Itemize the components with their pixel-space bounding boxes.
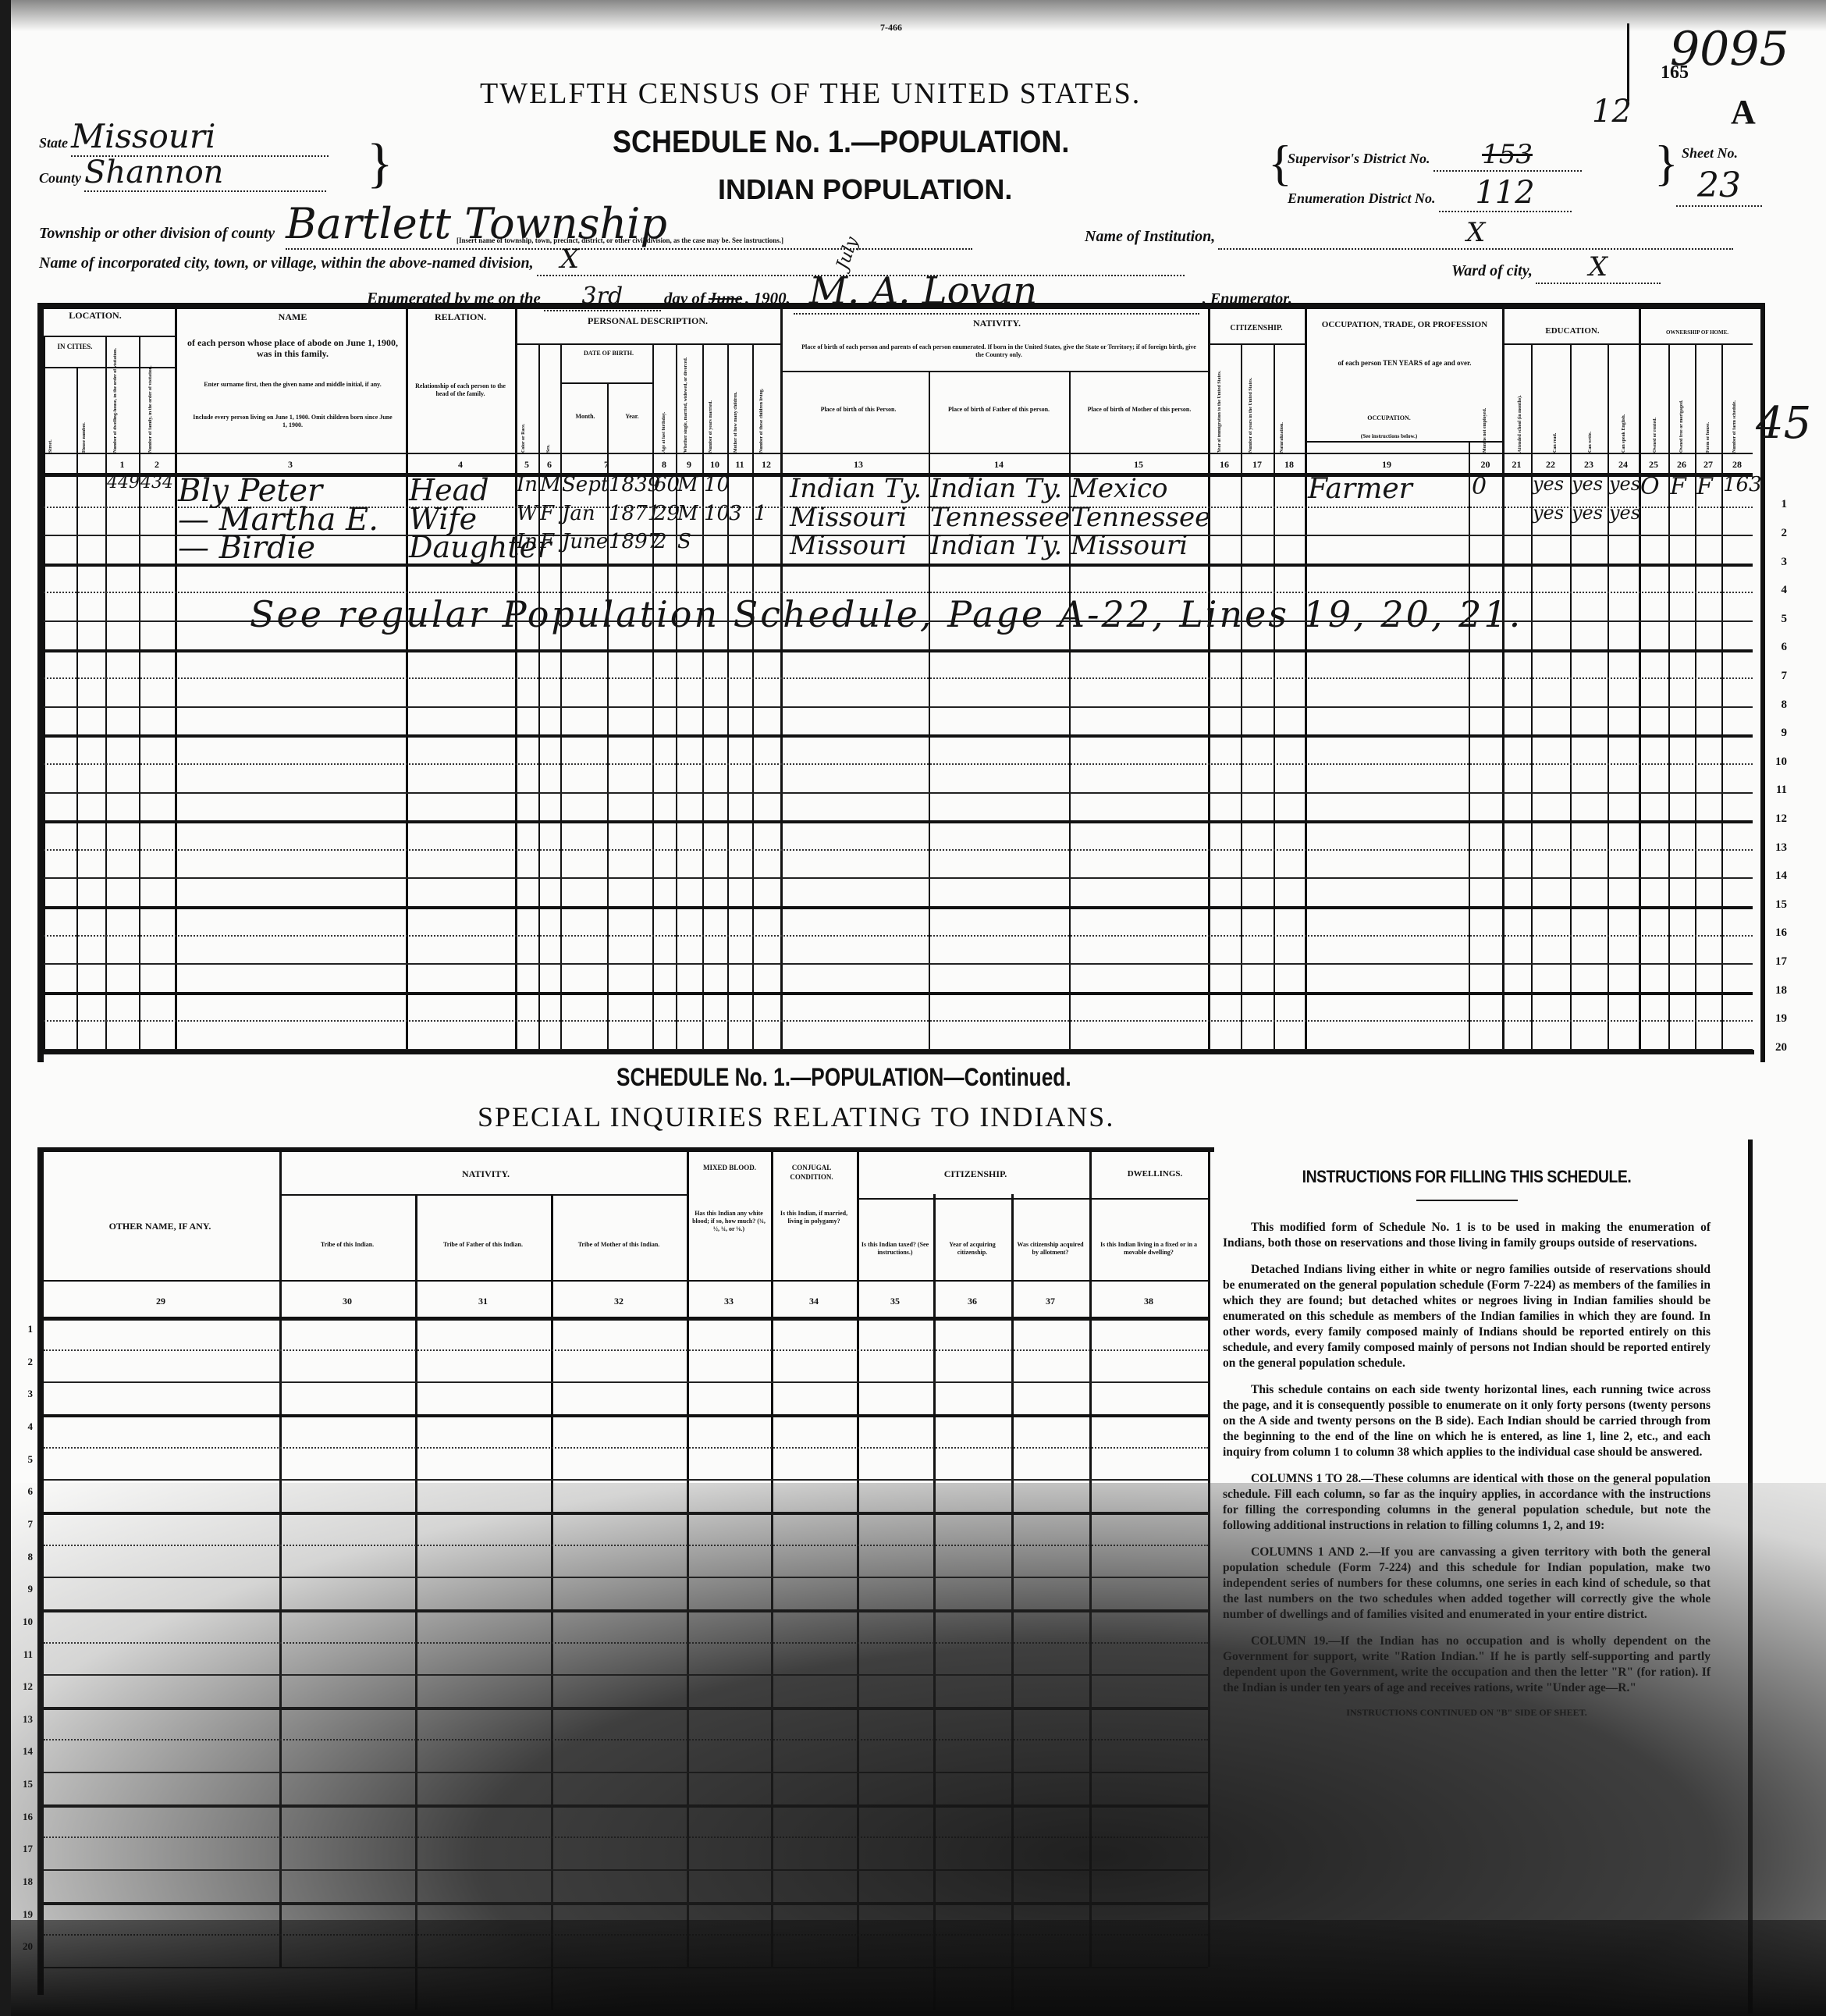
cell-year[interactable]: 1897	[609, 530, 651, 553]
line-number: 11	[1765, 784, 1787, 797]
group-indian-nativity: NATIVITY.	[285, 1169, 687, 1179]
column-number: 13	[788, 459, 929, 471]
col-years-us: Number of years in the United States.	[1249, 343, 1253, 453]
column-number: 31	[415, 1296, 551, 1307]
cell-birth-mother[interactable]: Tennessee	[1071, 502, 1208, 533]
inquiry-column-header: Tribe of Father of this Indian.	[418, 1241, 548, 1249]
scan-edge-top	[0, 0, 1826, 31]
group-citizenship: CITIZENSHIP.	[1210, 324, 1303, 333]
inquiry-column-header: Is this Indian, if married, living in po…	[774, 1210, 854, 1225]
group-nativity: NATIVITY.	[788, 318, 1206, 328]
group-personal-description: PERSONAL DESCRIPTION.	[515, 316, 780, 325]
cell-sex[interactable]: F	[540, 502, 560, 525]
column-number: 6	[538, 459, 560, 471]
column-number: 27	[1695, 459, 1721, 471]
cell-living[interactable]: 1	[754, 502, 779, 525]
column-number: 22	[1531, 459, 1570, 471]
column-number: 32	[551, 1296, 687, 1307]
column-number: 7	[560, 459, 652, 471]
cell-relation[interactable]: Daughter	[409, 530, 512, 564]
sheet-label: Sheet No.	[1682, 145, 1738, 162]
group-conjugal: CONJUGAL CONDITION.	[773, 1163, 851, 1182]
cell-color[interactable]: In	[517, 473, 538, 496]
group-name: NAME	[179, 312, 406, 322]
column-number: 18	[1274, 459, 1305, 471]
sheet-value[interactable]: 23	[1676, 165, 1762, 207]
line-number: 10	[1765, 756, 1787, 769]
cell-color[interactable]: In	[517, 530, 538, 553]
cell-birth-mother[interactable]: Mexico	[1071, 473, 1208, 504]
line-number: 5	[1765, 613, 1787, 626]
column-number: 16	[1208, 459, 1241, 471]
cell-birth-person[interactable]: Indian Ty.	[790, 473, 927, 504]
scan-edge-left	[0, 0, 11, 2016]
supervisor-value[interactable]: 153	[1433, 139, 1582, 172]
cell-month[interactable]: Sept	[562, 473, 606, 496]
column-number: 20	[1469, 459, 1502, 471]
cell-year[interactable]: 1839	[609, 473, 651, 496]
cell-write[interactable]: yes	[1572, 502, 1606, 524]
schedule-title: SCHEDULE No. 1.—POPULATION.	[613, 125, 1069, 160]
cell-age[interactable]: 60	[654, 473, 676, 496]
county-label: County	[39, 170, 81, 186]
cell-owned[interactable]: O	[1640, 473, 1667, 500]
cell-farm[interactable]: F	[1696, 473, 1720, 500]
column-number: 29	[44, 1296, 278, 1307]
column-number: 8	[652, 459, 676, 471]
line-number: 4	[1765, 584, 1787, 597]
line-number: 9	[1765, 727, 1787, 740]
column-number: 35	[857, 1296, 933, 1307]
col-house: House number.	[82, 375, 87, 453]
group-relation: RELATION.	[410, 312, 511, 322]
column-number: 30	[279, 1296, 415, 1307]
column-number: 15	[1069, 459, 1208, 471]
line-number: 7	[1765, 670, 1787, 683]
col-mother-of: Mother of how many children.	[734, 343, 738, 453]
inquiry-column-header: Tribe of this Indian.	[282, 1241, 412, 1249]
name-desc: of each person whose place of abode on J…	[187, 337, 398, 359]
county-value[interactable]: Shannon	[84, 155, 326, 192]
line-number: 5	[11, 1453, 33, 1466]
side-letter: A	[1731, 92, 1756, 132]
enumeration-label: Enumeration District No.	[1288, 190, 1436, 206]
inquiry-column-header: Was citizenship acquired by allotment?	[1014, 1241, 1086, 1257]
col-school: Attended school (in months).	[1518, 351, 1522, 453]
column-number: 26	[1668, 459, 1695, 471]
cell-month[interactable]: June	[562, 530, 606, 553]
cell-sex[interactable]: M	[540, 473, 560, 496]
column-number: 2	[139, 459, 175, 471]
institution-value[interactable]: X	[1218, 217, 1733, 250]
column-number: 37	[1011, 1296, 1089, 1307]
line-number: 14	[1765, 869, 1787, 883]
col-english: Can speak English.	[1622, 382, 1626, 453]
cell-age[interactable]: 29	[654, 502, 676, 525]
line-number: 19	[1765, 1012, 1787, 1026]
column-number: 11	[727, 459, 752, 471]
col-living: Number of these children living.	[759, 343, 764, 453]
ward-field: Ward of city, X	[1451, 251, 1764, 284]
line-number: 2	[11, 1356, 33, 1368]
group-dwellings: DWELLINGS.	[1096, 1169, 1213, 1179]
column-number: 36	[933, 1296, 1011, 1307]
column-number: 1	[105, 459, 139, 471]
col-marital: Whether single, married, widowed, or div…	[684, 343, 688, 453]
column-number: 34	[771, 1296, 857, 1307]
cell-sex[interactable]: F	[540, 530, 560, 553]
name-note1: Enter surname first, then the given name…	[191, 381, 394, 389]
group-in-cities: IN CITIES.	[44, 342, 106, 351]
ward-label: Ward of city,	[1451, 262, 1533, 279]
line-number: 18	[1765, 984, 1787, 997]
col-sex: Sex.	[546, 429, 551, 453]
cell-marital[interactable]: M	[677, 473, 701, 496]
year-header: Year.	[613, 412, 652, 421]
cell-birth-father[interactable]: Indian Ty.	[930, 473, 1068, 504]
col-naturalization: Naturalization.	[1280, 375, 1284, 453]
enumeration-field: Enumeration District No. 112	[1288, 175, 1572, 212]
col-dwelling: Number of dwelling-house, in the order o…	[113, 343, 118, 453]
col-schedule-no: Number of farm schedule.	[1732, 359, 1737, 453]
cell-year[interactable]: 1871	[609, 502, 651, 525]
col-free: Owned free or mortgaged.	[1679, 359, 1684, 453]
state-label: State	[39, 135, 68, 151]
column-number: 9	[676, 459, 702, 471]
township-label: Township or other division of county	[39, 225, 275, 242]
county-field: County Shannon	[39, 155, 359, 192]
line-number: 17	[1765, 955, 1787, 969]
cell-free[interactable]: F	[1670, 473, 1693, 500]
occupation-desc: of each person TEN YEARS of age and over…	[1319, 359, 1490, 368]
column-number: 25	[1639, 459, 1668, 471]
cell-years-married[interactable]: 10	[704, 473, 727, 496]
inquiry-column-header: Has this Indian any white blood; if so, …	[690, 1210, 768, 1233]
cell-english[interactable]: yes	[1609, 502, 1637, 524]
line-number: 20	[1765, 1041, 1787, 1054]
col-owned: Owned or rented.	[1653, 390, 1657, 453]
line-number: 3	[11, 1388, 33, 1400]
group-occupation: OCCUPATION, TRADE, OR PROFESSION	[1311, 320, 1498, 329]
cell-read[interactable]: yes	[1533, 502, 1568, 524]
occupation-label: OCCUPATION.	[1319, 414, 1459, 423]
column-number: 21	[1502, 459, 1531, 471]
cell-month[interactable]: Jan	[562, 502, 606, 525]
col-color: Color or Race.	[521, 398, 526, 453]
column-number: 23	[1570, 459, 1608, 471]
name-note2: Include every person living on June 1, 1…	[191, 414, 394, 429]
enumeration-value[interactable]: 112	[1439, 175, 1572, 212]
nativity-person: Place of birth of this Person.	[792, 406, 925, 414]
col-family: Number of family, in the order of visita…	[148, 343, 153, 453]
line-number: 4	[11, 1420, 33, 1433]
line-number: 8	[1765, 699, 1787, 712]
ward-value[interactable]: X	[1536, 251, 1661, 284]
cell-mother-of[interactable]: 3	[729, 502, 752, 525]
cell-years-married[interactable]: 10	[704, 502, 727, 525]
cell-marital[interactable]: S	[677, 530, 701, 553]
cell-birth-person[interactable]: Missouri	[790, 502, 927, 533]
supervisor-field: Supervisor's District No. 153	[1288, 139, 1582, 172]
line-number: 1	[11, 1323, 33, 1335]
column-number: 12	[752, 459, 780, 471]
continued-title: SCHEDULE No. 1.—POPULATION—Continued.	[616, 1063, 1071, 1092]
supervisor-correction[interactable]: 12	[1592, 94, 1632, 130]
line-number: 6	[1765, 641, 1787, 654]
col-write: Can write.	[1588, 421, 1593, 453]
see-regular-schedule-note: See regular Population Schedule, Page A-…	[250, 593, 1522, 635]
nativity-desc: Place of birth of each person and parent…	[800, 343, 1198, 359]
cell-marital[interactable]: M	[677, 502, 701, 525]
relation-desc: Relationship of each person to the head …	[414, 382, 507, 398]
instructions-title: INSTRUCTIONS FOR FILLING THIS SCHEDULE.	[1252, 1167, 1682, 1187]
cell-occupation[interactable]: Farmer	[1308, 473, 1464, 505]
column-number: 17	[1241, 459, 1274, 471]
column-number: 33	[687, 1296, 771, 1307]
line-number: 12	[1765, 812, 1787, 826]
column-number: 3	[175, 459, 406, 471]
table-row: — BirdieDaughterInFJune18972SMissouriInd…	[0, 535, 1826, 564]
line-number: 13	[1765, 841, 1787, 855]
supervisor-label: Supervisor's District No.	[1288, 151, 1430, 166]
cell-read[interactable]: yes	[1533, 473, 1568, 495]
cell-dwelling[interactable]: 449	[107, 473, 138, 492]
continued-subtitle: SPECIAL INQUIRIES RELATING TO INDIANS.	[478, 1100, 1114, 1133]
brace-right: }	[1654, 134, 1679, 192]
group-ownership: OWNERSHIP OF HOME.	[1643, 328, 1752, 337]
stamp-sub: 165	[1661, 62, 1689, 84]
col-street: Street.	[48, 406, 53, 453]
cell-birth-mother[interactable]: Missouri	[1071, 530, 1208, 561]
group-location: LOCATION.	[44, 311, 147, 320]
inquiry-column-header: Is this Indian living in a fixed or in a…	[1092, 1241, 1205, 1257]
line-number: 15	[1765, 898, 1787, 912]
scan-stain-bottom	[0, 1920, 1826, 2016]
cell-english[interactable]: yes	[1609, 473, 1637, 495]
group-other-name: OTHER NAME, IF ANY.	[47, 1221, 273, 1231]
col-read: Can read.	[1553, 421, 1558, 453]
month-header: Month.	[562, 412, 609, 421]
column-number: 10	[702, 459, 727, 471]
margin-note: 45	[1756, 398, 1811, 449]
column-number: 24	[1608, 459, 1639, 471]
column-number: 38	[1089, 1296, 1208, 1307]
state-value[interactable]: Missouri	[71, 117, 329, 157]
cell-family[interactable]: 434	[140, 473, 172, 492]
nativity-father: Place of birth of Father of this person.	[933, 406, 1065, 414]
column-number: 28	[1721, 459, 1753, 471]
col-years-married: Number of years married.	[709, 343, 713, 453]
institution-label: Name of Institution,	[1085, 228, 1215, 245]
col-farm-house: Farm or house.	[1706, 398, 1711, 453]
inquiry-column-header: Year of acquiring citizenship.	[936, 1241, 1008, 1257]
line-number: 16	[1765, 926, 1787, 940]
col-immigration: Year of immigration to the United States…	[1217, 343, 1222, 453]
group-indian-citizenship: CITIZENSHIP.	[858, 1169, 1092, 1179]
col-age: Age at last birthday.	[662, 367, 666, 453]
group-mixed-blood: MIXED BLOOD.	[691, 1163, 769, 1172]
cell-months-unemployed[interactable]: 0	[1472, 473, 1500, 500]
inquiry-column-header: Tribe of Mother of this Indian.	[554, 1241, 684, 1249]
cell-color[interactable]: W	[517, 502, 538, 525]
cell-birth-father[interactable]: Indian Ty.	[930, 530, 1068, 561]
inquiry-column-header: Is this Indian taxed? (See instructions.…	[860, 1241, 930, 1257]
date-of-birth: DATE OF BIRTH.	[562, 350, 655, 357]
instructions-paragraph: Detached Indians living either in white …	[1223, 1262, 1711, 1371]
census-title: TWELFTH CENSUS OF THE UNITED STATES.	[480, 76, 1141, 111]
instructions-paragraph: This modified form of Schedule No. 1 is …	[1223, 1220, 1711, 1251]
cell-birth-person[interactable]: Missouri	[790, 530, 927, 561]
cell-write[interactable]: yes	[1572, 473, 1606, 495]
cell-schedule[interactable]: 163	[1723, 473, 1751, 496]
column-number: 5	[515, 459, 538, 471]
instructions-paragraph: This schedule contains on each side twen…	[1223, 1382, 1711, 1460]
cell-age[interactable]: 2	[654, 530, 676, 553]
column-number: 14	[929, 459, 1069, 471]
occupation-note: (See instructions below.)	[1319, 432, 1459, 441]
cell-birth-father[interactable]: Tennessee	[930, 502, 1068, 533]
brace: }	[367, 133, 393, 195]
column-number: 19	[1305, 459, 1469, 471]
column-number: 4	[406, 459, 515, 471]
nativity-mother: Place of birth of Mother of this person.	[1073, 406, 1206, 414]
cell-name[interactable]: — Birdie	[178, 530, 404, 566]
group-education: EDUCATION.	[1510, 326, 1635, 336]
state-field: State Missouri	[39, 117, 359, 157]
